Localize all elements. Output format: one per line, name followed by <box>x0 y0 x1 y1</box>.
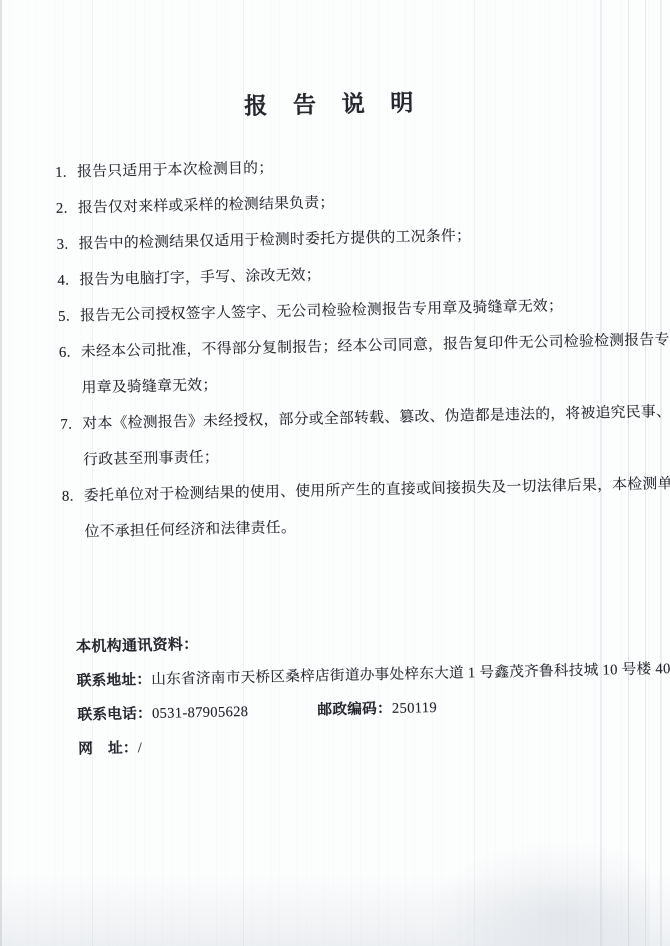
note-item-number: 1. <box>50 163 77 183</box>
scanned-content: 报 告 说 明 1. 报告只适用于本次检测目的； 2. 报告仅对来样或采样的检测… <box>48 58 628 70</box>
note-item-number: 2. <box>51 199 78 219</box>
note-item-number <box>54 379 81 380</box>
postal-value: 250119 <box>392 700 437 717</box>
address-row: 联系地址：山东省济南市天桥区桑梓店街道办事处梓东大道 1 号鑫茂齐鲁科技城 10… <box>77 660 637 692</box>
address-label: 联系地址： <box>77 672 152 690</box>
contact-heading: 本机构通讯资料： <box>76 626 636 658</box>
scan-bottom-shading <box>0 851 670 946</box>
scan-streak <box>645 0 646 946</box>
note-item-number: 7. <box>55 415 82 435</box>
note-item-text: 报告只适用于本次检测目的； <box>77 152 630 183</box>
postal-group: 邮政编码：250119 <box>317 698 437 720</box>
contact-section: 本机构通讯资料： 联系地址：山东省济南市天桥区桑梓店街道办事处梓东大道 1 号鑫… <box>76 626 639 774</box>
note-item-number <box>58 523 85 524</box>
address-value: 山东省济南市天桥区桑梓店街道办事处梓东大道 1 号鑫茂齐鲁科技城 10 号楼 4… <box>151 661 670 688</box>
phone-label: 联系电话： <box>77 706 152 724</box>
scan-streak <box>660 0 662 946</box>
postal-label: 邮政编码： <box>317 701 392 719</box>
report-notes-list: 1. 报告只适用于本次检测目的； 2. 报告仅对来样或采样的检测结果负责； 3.… <box>50 152 638 560</box>
website-value: / <box>138 740 143 756</box>
website-row: 网 址：/ <box>78 728 638 760</box>
note-item-number: 5. <box>53 307 80 327</box>
note-item-number: 3. <box>51 235 78 255</box>
document-page: 报 告 说 明 1. 报告只适用于本次检测目的； 2. 报告仅对来样或采样的检测… <box>0 0 670 946</box>
page-title: 报 告 说 明 <box>48 80 619 125</box>
note-item-number: 4. <box>52 271 79 291</box>
note-item-number: 6. <box>54 343 81 363</box>
phone-value: 0531-87905628 <box>152 704 249 722</box>
phone-row: 联系电话：0531-87905628 邮政编码：250119 <box>77 694 637 726</box>
scan-streak-left-edge <box>0 0 2 946</box>
scan-blotch <box>430 840 650 946</box>
note-item-number: 8. <box>57 487 84 507</box>
note-item-number <box>56 451 83 452</box>
website-label: 网 址： <box>78 740 138 757</box>
